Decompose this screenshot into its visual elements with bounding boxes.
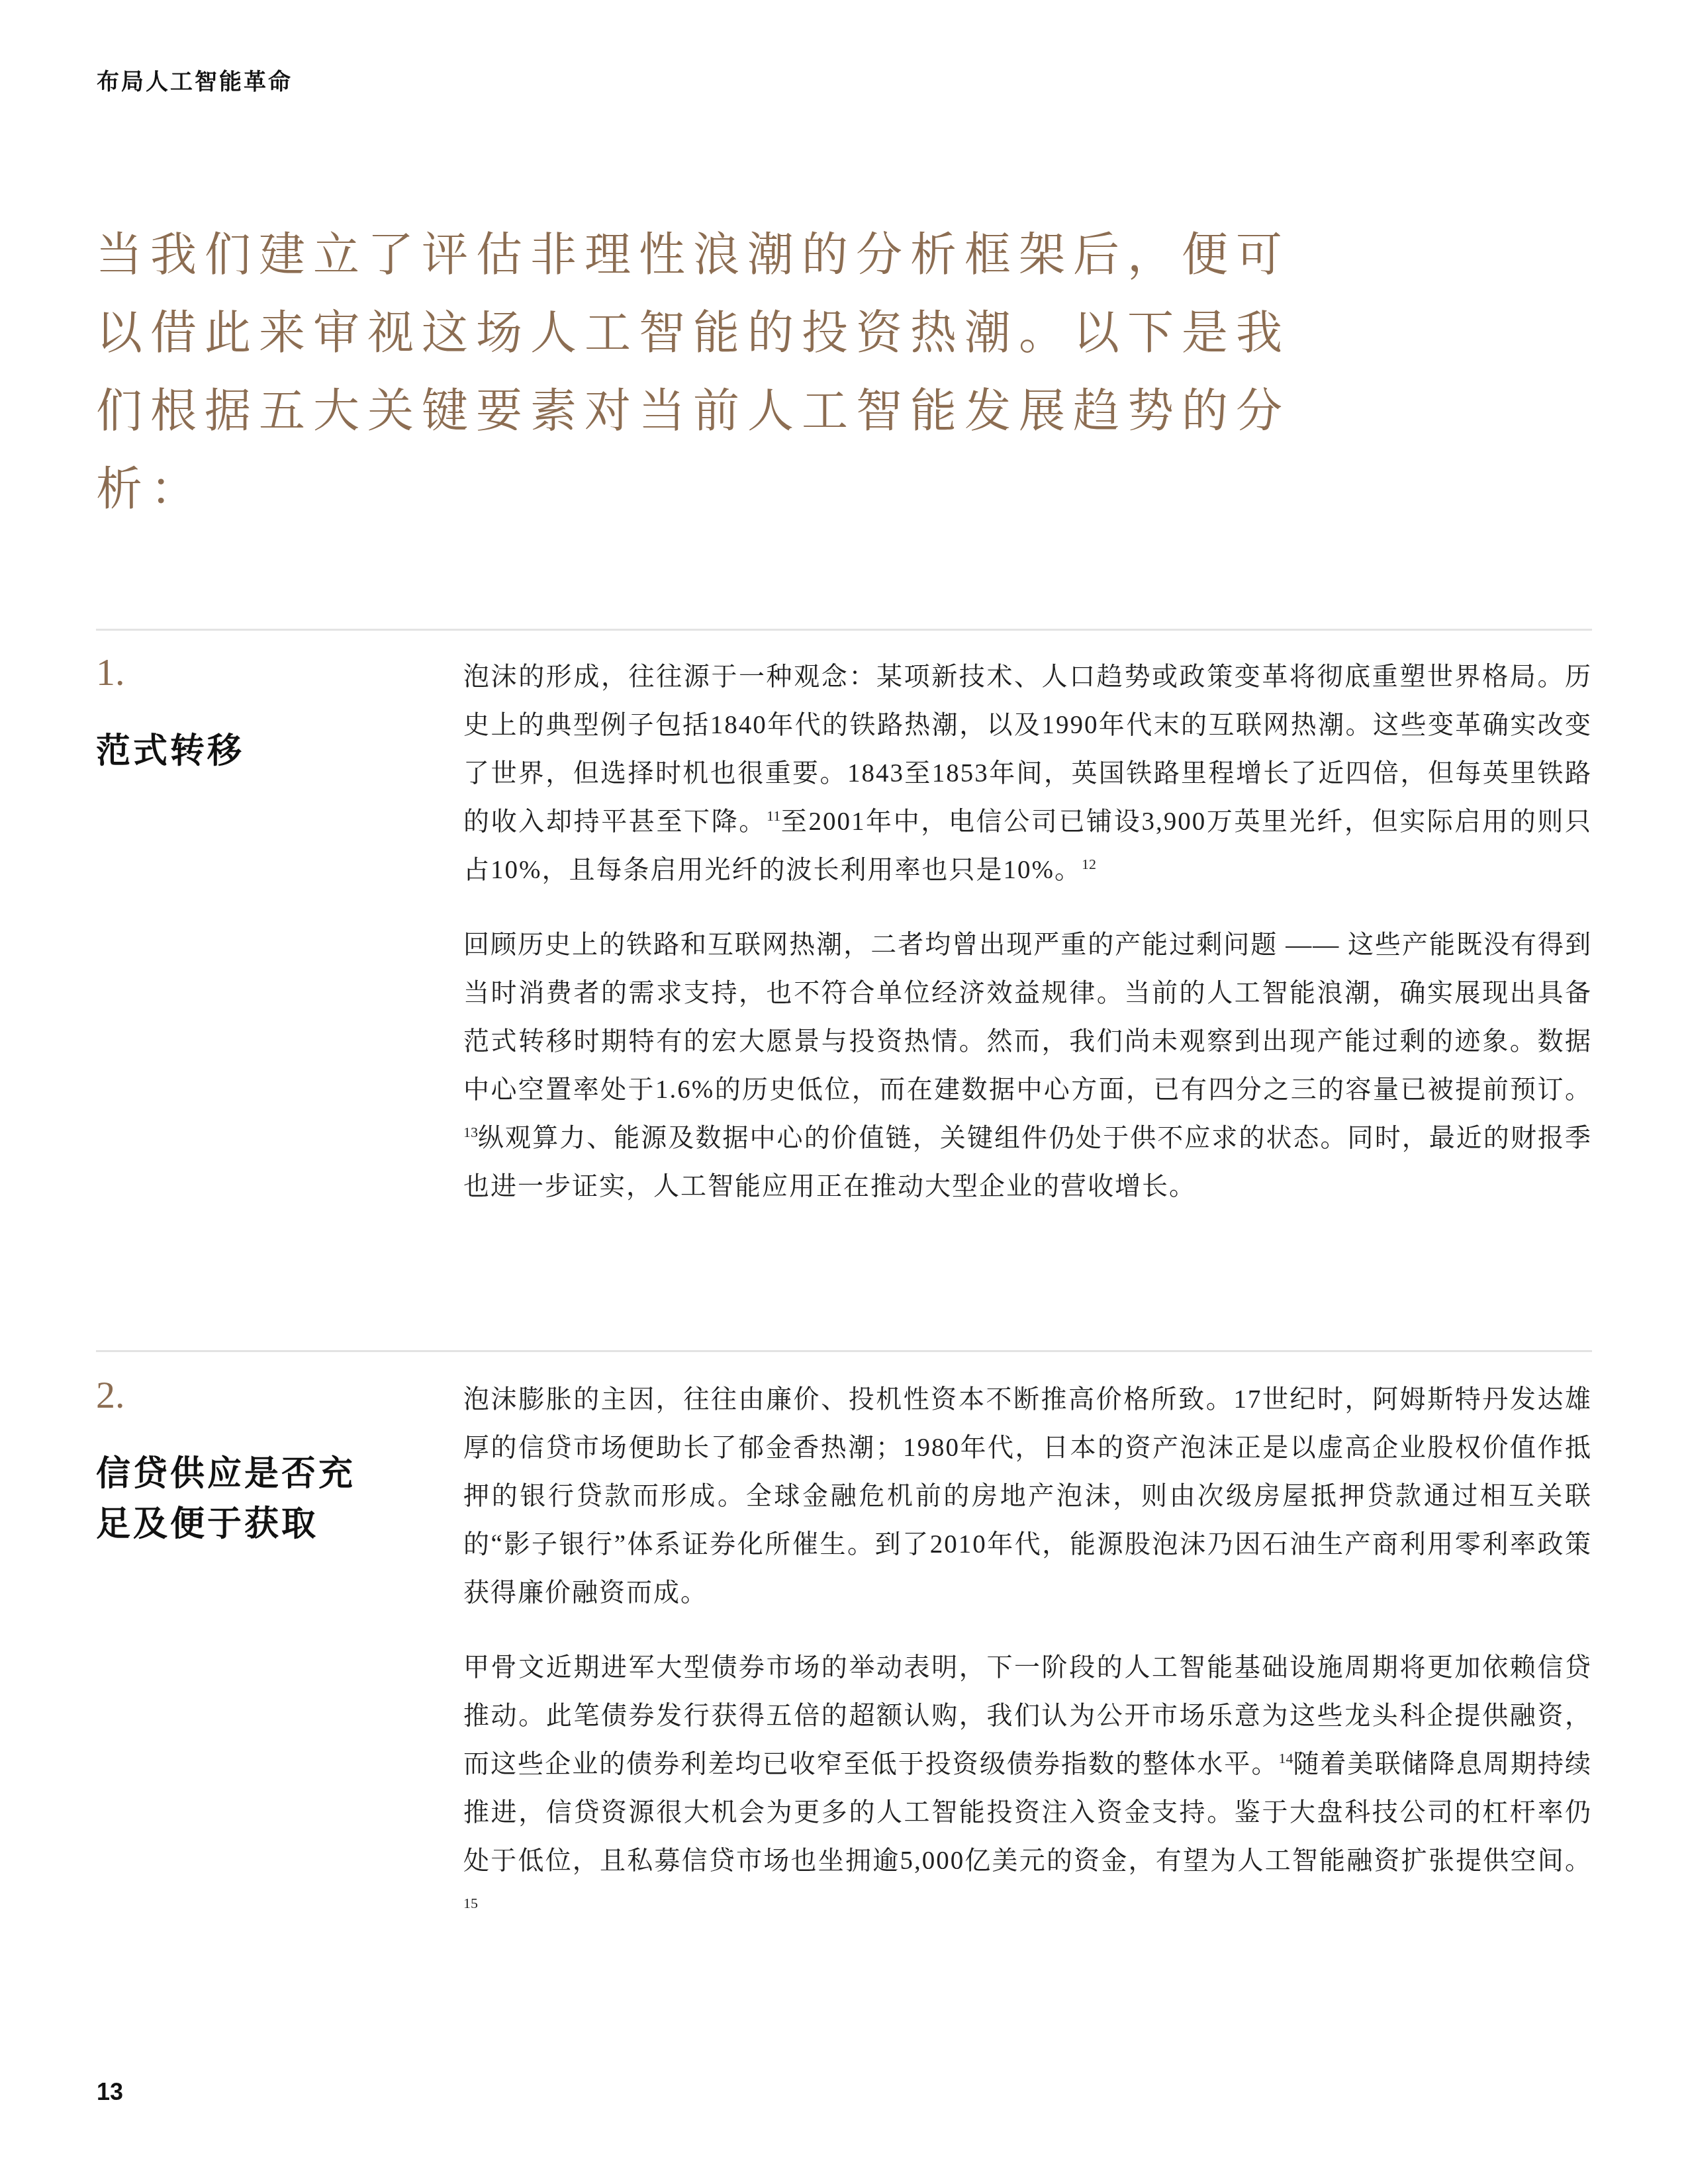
- intro-heading-line: 以借此来审视这场人工智能的投资热潮。以下是我: [96, 295, 1290, 373]
- intro-heading-line: 们根据五大关键要素对当前人工智能发展趋势的分: [96, 373, 1290, 451]
- intro-heading-line: 析：: [96, 451, 1290, 529]
- paragraph-text: 回顾历史上的铁路和互联网热潮，二者均曾出现严重的产能过剩问题 —— 这些产能既没…: [463, 931, 1592, 1104]
- paragraph: 泡沫的形成，往往源于一种观念：某项新技术、人口趋势或政策变革将彻底重塑世界格局。…: [463, 653, 1592, 894]
- paragraph: 回顾历史上的铁路和互联网热潮，二者均曾出现严重的产能过剩问题 —— 这些产能既没…: [463, 921, 1592, 1210]
- running-header: 布局人工智能革命: [97, 64, 293, 96]
- section-paradigm-shift: 1. 范式转移 泡沫的形成，往往源于一种观念：某项新技术、人口趋势或政策变革将彻…: [96, 653, 1592, 1210]
- document-page: 布局人工智能革命 当我们建立了评估非理性浪潮的分析框架后，便可 以借此来审视这场…: [0, 0, 1688, 2184]
- section-body: 泡沫的形成，往往源于一种观念：某项新技术、人口趋势或政策变革将彻底重塑世界格局。…: [463, 653, 1592, 1210]
- footnote-ref: 12: [1082, 856, 1096, 872]
- paragraph-text: 纵观算力、能源及数据中心的价值链，关键组件仍处于供不应求的状态。同时，最近的财报…: [463, 1124, 1592, 1201]
- paragraph-text: 泡沫膨胀的主因，往往由廉价、投机性资本不断推高价格所致。17世纪时，阿姆斯特丹发…: [463, 1385, 1592, 1607]
- intro-heading-line: 当我们建立了评估非理性浪潮的分析框架后，便可: [96, 217, 1290, 295]
- footnote-ref: 13: [463, 1124, 478, 1140]
- footnote-ref: 11: [767, 807, 780, 824]
- section-number: 2.: [96, 1375, 463, 1415]
- paragraph: 甲骨文近期进军大型债券市场的举动表明，下一阶段的人工智能基础设施周期将更加依赖信…: [463, 1643, 1592, 1933]
- section-credit-supply: 2. 信贷供应是否充足及便于获取 泡沫膨胀的主因，往往由廉价、投机性资本不断推高…: [96, 1375, 1592, 1933]
- section-title: 范式转移: [96, 727, 387, 777]
- intro-heading: 当我们建立了评估非理性浪潮的分析框架后，便可 以借此来审视这场人工智能的投资热潮…: [96, 217, 1290, 529]
- section-divider: [96, 1350, 1592, 1352]
- footnote-ref: 15: [463, 1895, 478, 1911]
- footnote-ref: 14: [1278, 1750, 1293, 1766]
- page-number: 13: [97, 2078, 123, 2106]
- section-title: 信贷供应是否充足及便于获取: [96, 1449, 387, 1550]
- section-side-column: 2. 信贷供应是否充足及便于获取: [96, 1375, 463, 1550]
- section-body: 泡沫膨胀的主因，往往由廉价、投机性资本不断推高价格所致。17世纪时，阿姆斯特丹发…: [463, 1375, 1592, 1933]
- paragraph: 泡沫膨胀的主因，往往由廉价、投机性资本不断推高价格所致。17世纪时，阿姆斯特丹发…: [463, 1375, 1592, 1617]
- section-divider: [96, 629, 1592, 631]
- section-number: 1.: [96, 653, 463, 692]
- section-side-column: 1. 范式转移: [96, 653, 463, 777]
